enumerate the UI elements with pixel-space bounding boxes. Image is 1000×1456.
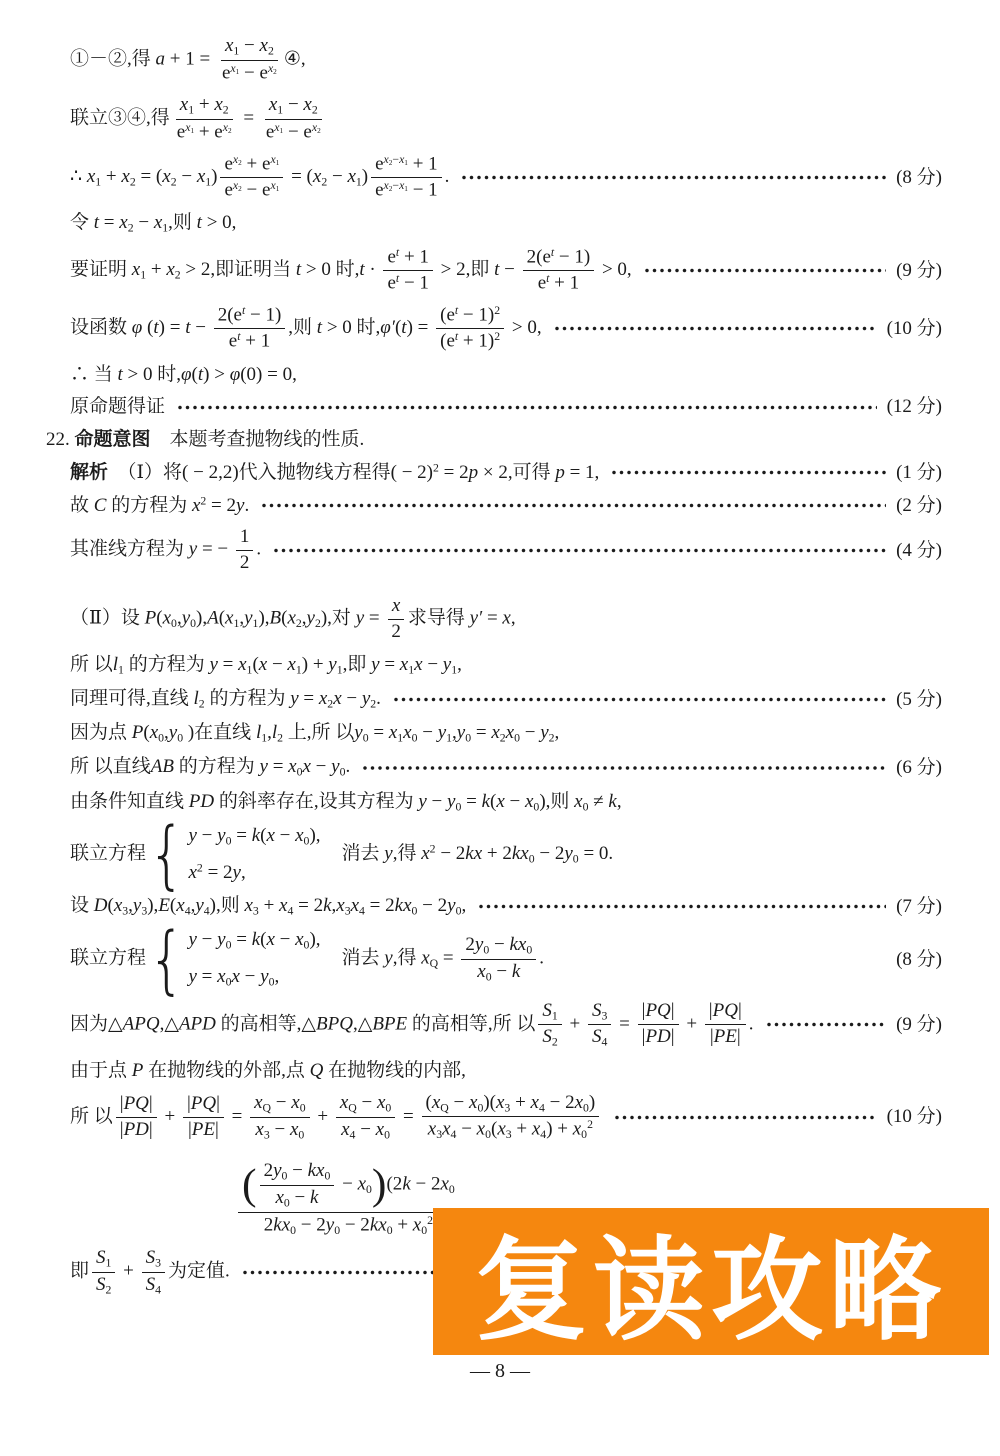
fraction: (et − 1)2(et + 1)2	[436, 304, 504, 354]
text: −	[342, 688, 362, 709]
text: 即	[70, 1260, 89, 1281]
fraction: x1 − x2ex1 − ex2	[262, 94, 325, 144]
denominator: |PE|	[184, 1118, 223, 1142]
text: =	[99, 212, 119, 233]
text: |	[149, 1119, 153, 1140]
text: (	[142, 317, 153, 338]
score-label: (10 分)	[887, 317, 942, 341]
math-variable: a	[156, 48, 166, 69]
text: =	[299, 688, 319, 709]
subscript: 3	[602, 1009, 608, 1022]
line-content: ①－②,得 a + 1 = x1 − x2ex1 − ex2④,	[70, 35, 306, 85]
dot-leader	[644, 260, 886, 281]
superscript: x1	[230, 62, 239, 75]
math-variable: x	[260, 35, 268, 56]
denominator: 2kx0 − 2y0 − 2kx0 + x02	[260, 1213, 437, 1238]
solution-line: 原命题得证(12 分)	[70, 395, 942, 419]
text: 的方程为	[124, 654, 210, 675]
denominator: S4	[142, 1273, 165, 1298]
math-variable: y	[331, 756, 339, 777]
math-variable: S	[542, 1026, 552, 1047]
subscript: Q	[263, 1101, 272, 1114]
subscript: 2	[312, 103, 318, 116]
text: +	[565, 1013, 585, 1034]
text: |	[216, 1093, 220, 1114]
math-variable: kx	[370, 1214, 387, 1235]
math-variable: kx	[465, 843, 482, 864]
math-variable: x	[266, 929, 274, 950]
subscript: 0	[449, 1184, 455, 1197]
text: ),	[258, 608, 269, 629]
text: 本题考查抛物线的性质.	[151, 429, 365, 450]
line-content: 所 以|PQ||PD| + |PQ||PE| = xQ − x0x3 − x0 …	[70, 1092, 602, 1143]
text: ),	[147, 895, 158, 916]
text: =	[227, 1105, 247, 1126]
text: − 2	[411, 1174, 441, 1195]
math-variable: k	[252, 929, 260, 950]
fraction: S1S2	[538, 1000, 561, 1050]
text: =	[364, 608, 384, 629]
math-variable: y	[384, 948, 392, 969]
text: e	[229, 331, 237, 352]
text: ,则	[168, 212, 197, 233]
math-variable: x	[132, 259, 140, 280]
text: − e	[242, 180, 271, 201]
math-variable: k	[482, 791, 490, 812]
text: )(	[483, 1092, 496, 1113]
numerator: (2y0 − kx0x0 − k − x0)(2k − 2x0	[238, 1160, 459, 1212]
page-number: — 8 —	[0, 1360, 1000, 1383]
math-variable: x	[287, 654, 295, 675]
text: ) +	[546, 1119, 573, 1140]
text: e	[224, 153, 232, 174]
numerator: 2(et − 1)	[214, 304, 286, 329]
math-variable: S	[592, 1026, 602, 1047]
fraction: xQ − x0x3 − x0	[250, 1092, 309, 1142]
math-variable: x	[255, 1119, 263, 1140]
math-variable: k	[512, 961, 520, 982]
denominator: x3x4 − x0(x3 + x4) + x02	[424, 1117, 597, 1142]
solution-line: 22. 命题意图 本题考查抛物线的性质.	[46, 428, 942, 452]
text: −	[190, 317, 210, 338]
text: ),则	[539, 791, 574, 812]
denominator: (et + 1)2	[436, 329, 504, 353]
math-variable: x	[121, 166, 129, 187]
numerator: x1 − x2	[221, 35, 278, 61]
text: ④,	[284, 48, 306, 69]
text: 的高相等,△	[216, 1013, 316, 1034]
case-rows: y − y0 = k(x − x0),y = x0x − y0,	[188, 928, 320, 991]
subscript: 0	[300, 1101, 306, 1114]
text: −	[271, 1092, 291, 1113]
text: |	[671, 1000, 675, 1021]
subscript: 2	[552, 1036, 558, 1049]
math-variable: PD	[189, 791, 214, 812]
math-variable: PQ	[713, 1000, 738, 1021]
math-variable: y	[443, 654, 451, 675]
math-variable: x	[347, 166, 355, 187]
math-variable: k	[402, 1174, 410, 1195]
text: ,	[511, 608, 516, 629]
text: |	[738, 1000, 742, 1021]
math-variable: y	[273, 1160, 281, 1181]
text: )在直线	[183, 722, 256, 743]
math-variable: x	[150, 722, 158, 743]
line-content: 解析 （Ⅰ）将( − 2,2)代入抛物线方程得( − 2)2 = 2p × 2,…	[70, 461, 599, 485]
line-content: （Ⅱ）设 P(x0,y0),A(x1,y1),B(x2,y2),对 y = x2…	[70, 595, 516, 644]
text: e	[224, 180, 232, 201]
superscript: x2	[223, 121, 232, 134]
solution-line: 所 以直线AB 的方程为 y = x0x − y0.(6 分)	[70, 755, 942, 780]
subscript: 2	[268, 45, 274, 58]
fraction: S3S4	[142, 1247, 165, 1297]
line-content: 由于点 P 在抛物线的外部,点 Q 在抛物线的内部,	[70, 1059, 466, 1083]
fraction: ex2 + ex1ex2 − ex1	[220, 153, 283, 203]
text: |	[149, 1093, 153, 1114]
math-variable: x	[421, 948, 429, 969]
numerator: x	[388, 595, 404, 620]
superscript: x2−x1	[384, 153, 408, 166]
math-variable: y	[356, 608, 364, 629]
math-variable: x	[496, 791, 504, 812]
denominator: S2	[92, 1273, 115, 1298]
math-variable: x	[477, 1119, 485, 1140]
text: .	[539, 948, 544, 969]
denominator: 2	[387, 620, 405, 644]
line-content: 故 C 的方程为 x2 = 2y.	[70, 494, 249, 518]
text: −	[427, 791, 447, 812]
text: =	[482, 608, 502, 629]
denominator: x0 − k	[271, 1186, 322, 1211]
text: e	[538, 272, 546, 293]
text: 2	[465, 934, 475, 955]
text: 2	[391, 621, 401, 642]
math-variable: y	[290, 688, 298, 709]
text: = 2	[293, 895, 323, 916]
text: ),	[309, 825, 320, 846]
subscript: 3	[155, 1256, 161, 1269]
superscript: x1	[270, 153, 279, 166]
text: 设函数	[70, 317, 132, 338]
text: − 2	[535, 843, 565, 864]
math-variable: φ′	[380, 317, 395, 338]
bold-label: 命题意图	[75, 429, 151, 450]
text: > 0 时,	[322, 317, 380, 338]
text: =	[380, 654, 400, 675]
fraction: 12	[236, 526, 254, 575]
text: 在抛物线的内部,	[323, 1060, 466, 1081]
text: 因为点	[70, 722, 132, 743]
math-variable: x	[114, 895, 122, 916]
numerator: |PQ|	[705, 1000, 746, 1025]
fraction: S1S2	[92, 1247, 115, 1297]
math-variable: x	[166, 259, 174, 280]
numerator: 1	[236, 526, 254, 551]
math-variable: PD	[124, 1119, 149, 1140]
line-content: 设 D(x3,y3),E(x4,y4),则 x3 + x4 = 2k,x3x4 …	[70, 894, 466, 919]
math-variable: x	[575, 1092, 583, 1113]
math-variable: y	[209, 654, 217, 675]
math-variable: x	[163, 608, 171, 629]
superscript: x1	[274, 121, 283, 134]
subscript: 2	[317, 126, 321, 135]
numerator: |PQ|	[638, 1000, 679, 1025]
text: 上,所 以	[283, 722, 354, 743]
math-variable: p	[469, 462, 479, 483]
big-paren: )	[372, 1161, 387, 1209]
math-variable: y	[182, 608, 190, 629]
case-row: y = x0x − y0,	[188, 965, 320, 990]
brace-icon: {	[148, 821, 185, 887]
math-variable: x	[497, 1119, 505, 1140]
text: −	[418, 722, 438, 743]
math-variable: S	[592, 1000, 602, 1021]
math-variable: x	[376, 1119, 384, 1140]
text: 联立方程	[70, 948, 146, 969]
solution-line: （Ⅱ）设 P(x0,y0),A(x1,y1),B(x2,y2),对 y = x2…	[70, 595, 942, 644]
text: > 2,即	[436, 259, 494, 280]
denominator: |PD|	[638, 1025, 679, 1049]
dot-leader	[556, 949, 886, 970]
denominator: |PD|	[116, 1118, 157, 1142]
text: − 2	[545, 1092, 575, 1113]
math-variable: y	[195, 895, 203, 916]
math-variable: x	[477, 961, 485, 982]
math-variable: k	[252, 825, 260, 846]
superscript: x2	[233, 179, 242, 192]
text: 设	[70, 895, 94, 916]
text: ≠	[588, 791, 608, 812]
text: （Ⅱ）设	[70, 608, 145, 629]
line-content: 同理可得,直线 l2 的方程为 y = x2x − y2.	[70, 687, 381, 712]
fraction: (2y0 − kx0x0 − k − x0)(2k − 2x02kx0 − 2y…	[238, 1160, 459, 1237]
numerator: xQ − x0	[250, 1092, 309, 1118]
big-paren: (	[242, 1161, 257, 1209]
fraction: 2(et − 1)et + 1	[214, 304, 286, 354]
text: |	[737, 1026, 741, 1047]
subscript: 0	[526, 944, 532, 957]
text: > 2,即证明当	[181, 259, 296, 280]
dot-leader	[393, 689, 886, 710]
math-variable: AB	[151, 756, 174, 777]
text: |	[671, 1026, 675, 1047]
text: 1	[240, 526, 250, 547]
text: =	[438, 948, 458, 969]
math-variable: y	[371, 654, 379, 675]
case-row: y − y0 = k(x − x0),	[188, 824, 320, 849]
text: )	[362, 166, 368, 187]
math-variable: y	[233, 862, 241, 883]
math-variable: k	[323, 895, 331, 916]
solution-line: 要证明 x1 + x2 > 2,即证明当 t > 0 时,t · et + 1e…	[70, 246, 942, 296]
bold-label: 解析	[70, 462, 108, 483]
text: 2	[240, 552, 250, 573]
solution-line: 联立方程{y − y0 = k(x − x0),y = x0x − y0, 消去…	[70, 928, 942, 991]
denominator: et + 1	[225, 329, 274, 353]
score-label: (5 分)	[896, 688, 942, 712]
line-content: 其准线方程为 y = − 12.	[70, 526, 261, 575]
math-variable: x	[428, 1119, 436, 1140]
text: + e	[242, 153, 271, 174]
subscript: 1	[276, 184, 280, 193]
text: +	[194, 94, 214, 115]
denominator: ex1 − ex2	[262, 120, 325, 144]
text: + 1	[399, 246, 429, 267]
line-content: 联立方程{y − y0 = k(x − x0),x2 = 2y, 消去 y,得 …	[70, 824, 613, 885]
text: =	[231, 929, 251, 950]
text: ①－②,得	[70, 48, 156, 69]
text: −	[355, 1119, 375, 1140]
math-variable: x	[238, 654, 246, 675]
text: (2	[386, 1174, 402, 1195]
text: − 1)	[245, 305, 281, 326]
text: > 0,	[597, 259, 631, 280]
math-variable: x	[288, 756, 296, 777]
text: + 1	[549, 272, 579, 293]
fraction: 2y0 − kx0x0 − k	[461, 934, 536, 984]
score-label: (7 分)	[896, 895, 942, 919]
subscript: Q	[348, 1101, 357, 1114]
denominator: x4 − x0	[337, 1118, 394, 1143]
superscript: 2	[494, 330, 500, 343]
line-content: 22. 命题意图 本题考查抛物线的性质.	[46, 428, 364, 452]
text: 所 以	[70, 654, 113, 675]
subscript: Q	[430, 957, 439, 970]
text: −	[134, 212, 154, 233]
fraction: x1 − x2ex1 − ex2	[218, 35, 281, 85]
math-variable: S	[146, 1247, 156, 1268]
score-label: (10 分)	[887, 1105, 942, 1129]
math-variable: APQ	[123, 1013, 160, 1034]
text: e	[375, 153, 383, 174]
numerator: ex2−x1 + 1	[371, 153, 442, 178]
text: −	[520, 722, 540, 743]
text: +	[259, 895, 279, 916]
superscript: 2	[494, 304, 500, 317]
case-row: x2 = 2y,	[188, 861, 320, 885]
fraction: ex2−x1 + 1ex2−x1 − 1	[371, 153, 442, 203]
solution-line: 所 以|PQ||PD| + |PQ||PE| = xQ − x0x3 − x0 …	[70, 1092, 942, 1143]
text: +	[101, 166, 121, 187]
text: 由条件知直线	[70, 791, 189, 812]
math-variable: P	[132, 722, 144, 743]
subscript: 2	[228, 126, 232, 135]
math-variable: PQ	[645, 1000, 670, 1021]
superscript: 2	[587, 1118, 593, 1131]
subscript: 2	[273, 67, 277, 76]
dot-leader	[273, 540, 886, 561]
superscript: x2	[312, 121, 321, 134]
text: )	[589, 1092, 595, 1113]
text: − 1	[408, 180, 438, 201]
math-variable: y	[188, 966, 196, 987]
subscript: Q	[440, 1101, 449, 1114]
solution-line: 由条件知直线 PD 的斜率存在,设其方程为 y − y0 = k(x − x0)…	[70, 790, 942, 815]
text: .	[376, 688, 381, 709]
math-variable: x	[414, 654, 422, 675]
text: =	[369, 722, 389, 743]
math-variable: S	[96, 1247, 106, 1268]
math-variable: y	[188, 825, 196, 846]
solution-line: 联立方程{y − y0 = k(x − x0),x2 = 2y, 消去 y,得 …	[70, 824, 942, 885]
subscript: 1	[106, 1256, 112, 1269]
text: + 1	[408, 153, 438, 174]
math-variable: k	[310, 1187, 318, 1208]
text: = 2	[203, 862, 233, 883]
math-variable: y	[447, 895, 455, 916]
math-variable: x	[295, 825, 303, 846]
text: > 0,	[202, 212, 236, 233]
numerator: |PQ|	[183, 1093, 224, 1118]
text: 消去	[323, 843, 385, 864]
case-rows: y − y0 = k(x − x0),x2 = 2y,	[188, 824, 320, 885]
math-variable: kx	[512, 843, 529, 864]
math-variable: PQ	[124, 1093, 149, 1114]
text: −	[456, 1119, 476, 1140]
text: ) =	[407, 317, 434, 338]
denominator: S2	[538, 1025, 561, 1050]
math-variable: φ	[230, 364, 241, 385]
text: −	[287, 1160, 307, 1181]
math-variable: BPE	[372, 1013, 407, 1034]
text: .	[445, 166, 450, 187]
numerator: S3	[142, 1247, 165, 1273]
subscript: 0	[385, 1101, 391, 1114]
subscript: 2	[106, 1283, 112, 1296]
score-label: (8 分)	[896, 948, 942, 972]
superscript: x1	[185, 121, 194, 134]
solution-line: 设 D(x3,y3),E(x4,y4),则 x3 + x4 = 2k,x3x4 …	[70, 894, 942, 919]
score-label: (9 分)	[896, 259, 942, 283]
text: 求导得	[408, 608, 470, 629]
solution-line: 由于点 P 在抛物线的外部,点 Q 在抛物线的内部,	[70, 1059, 942, 1083]
text: − e	[239, 62, 268, 83]
math-variable: kx	[308, 1160, 325, 1181]
case-row: y − y0 = k(x − x0),	[188, 928, 320, 953]
superscript: x2−x1	[384, 179, 408, 192]
denominator: ex1 − ex2	[218, 61, 281, 85]
text: 所 以	[70, 1105, 113, 1126]
text: −	[290, 1187, 310, 1208]
line-content: ∴ x1 + x2 = (x2 − x1)ex2 + ex1ex2 − ex1 …	[70, 153, 449, 203]
text: − 2	[340, 1214, 370, 1235]
line-content: 所 以直线AB 的方程为 y = x0x − y0.	[70, 755, 350, 780]
math-variable: x	[358, 1174, 366, 1195]
text: e	[387, 246, 395, 267]
numerator: ex2 + ex1	[220, 153, 283, 178]
subscript: 1	[276, 158, 280, 167]
math-variable: kx	[509, 934, 526, 955]
math-variable: BPQ	[316, 1013, 353, 1034]
text: ·	[365, 259, 381, 280]
math-variable: x	[214, 94, 222, 115]
math-variable: y	[384, 843, 392, 864]
text: − e	[283, 121, 312, 142]
solution-line: 解析 （Ⅰ）将( − 2,2)代入抛物线方程得( − 2)2 = 2p × 2,…	[70, 461, 942, 485]
math-variable: S	[96, 1274, 106, 1295]
text: 的斜率存在,设其方程为	[214, 791, 418, 812]
score-label: (6 分)	[896, 756, 942, 780]
text: = 0.	[579, 843, 613, 864]
math-variable: Q	[310, 1060, 324, 1081]
text: ,	[457, 654, 462, 675]
text: −	[327, 166, 347, 187]
math-variable: PE	[192, 1119, 215, 1140]
text: +	[512, 1119, 532, 1140]
math-variable: C	[94, 495, 107, 516]
solution-line: 同理可得,直线 l2 的方程为 y = x2x − y2.(5 分)	[70, 687, 942, 712]
text: 消去	[323, 948, 385, 969]
